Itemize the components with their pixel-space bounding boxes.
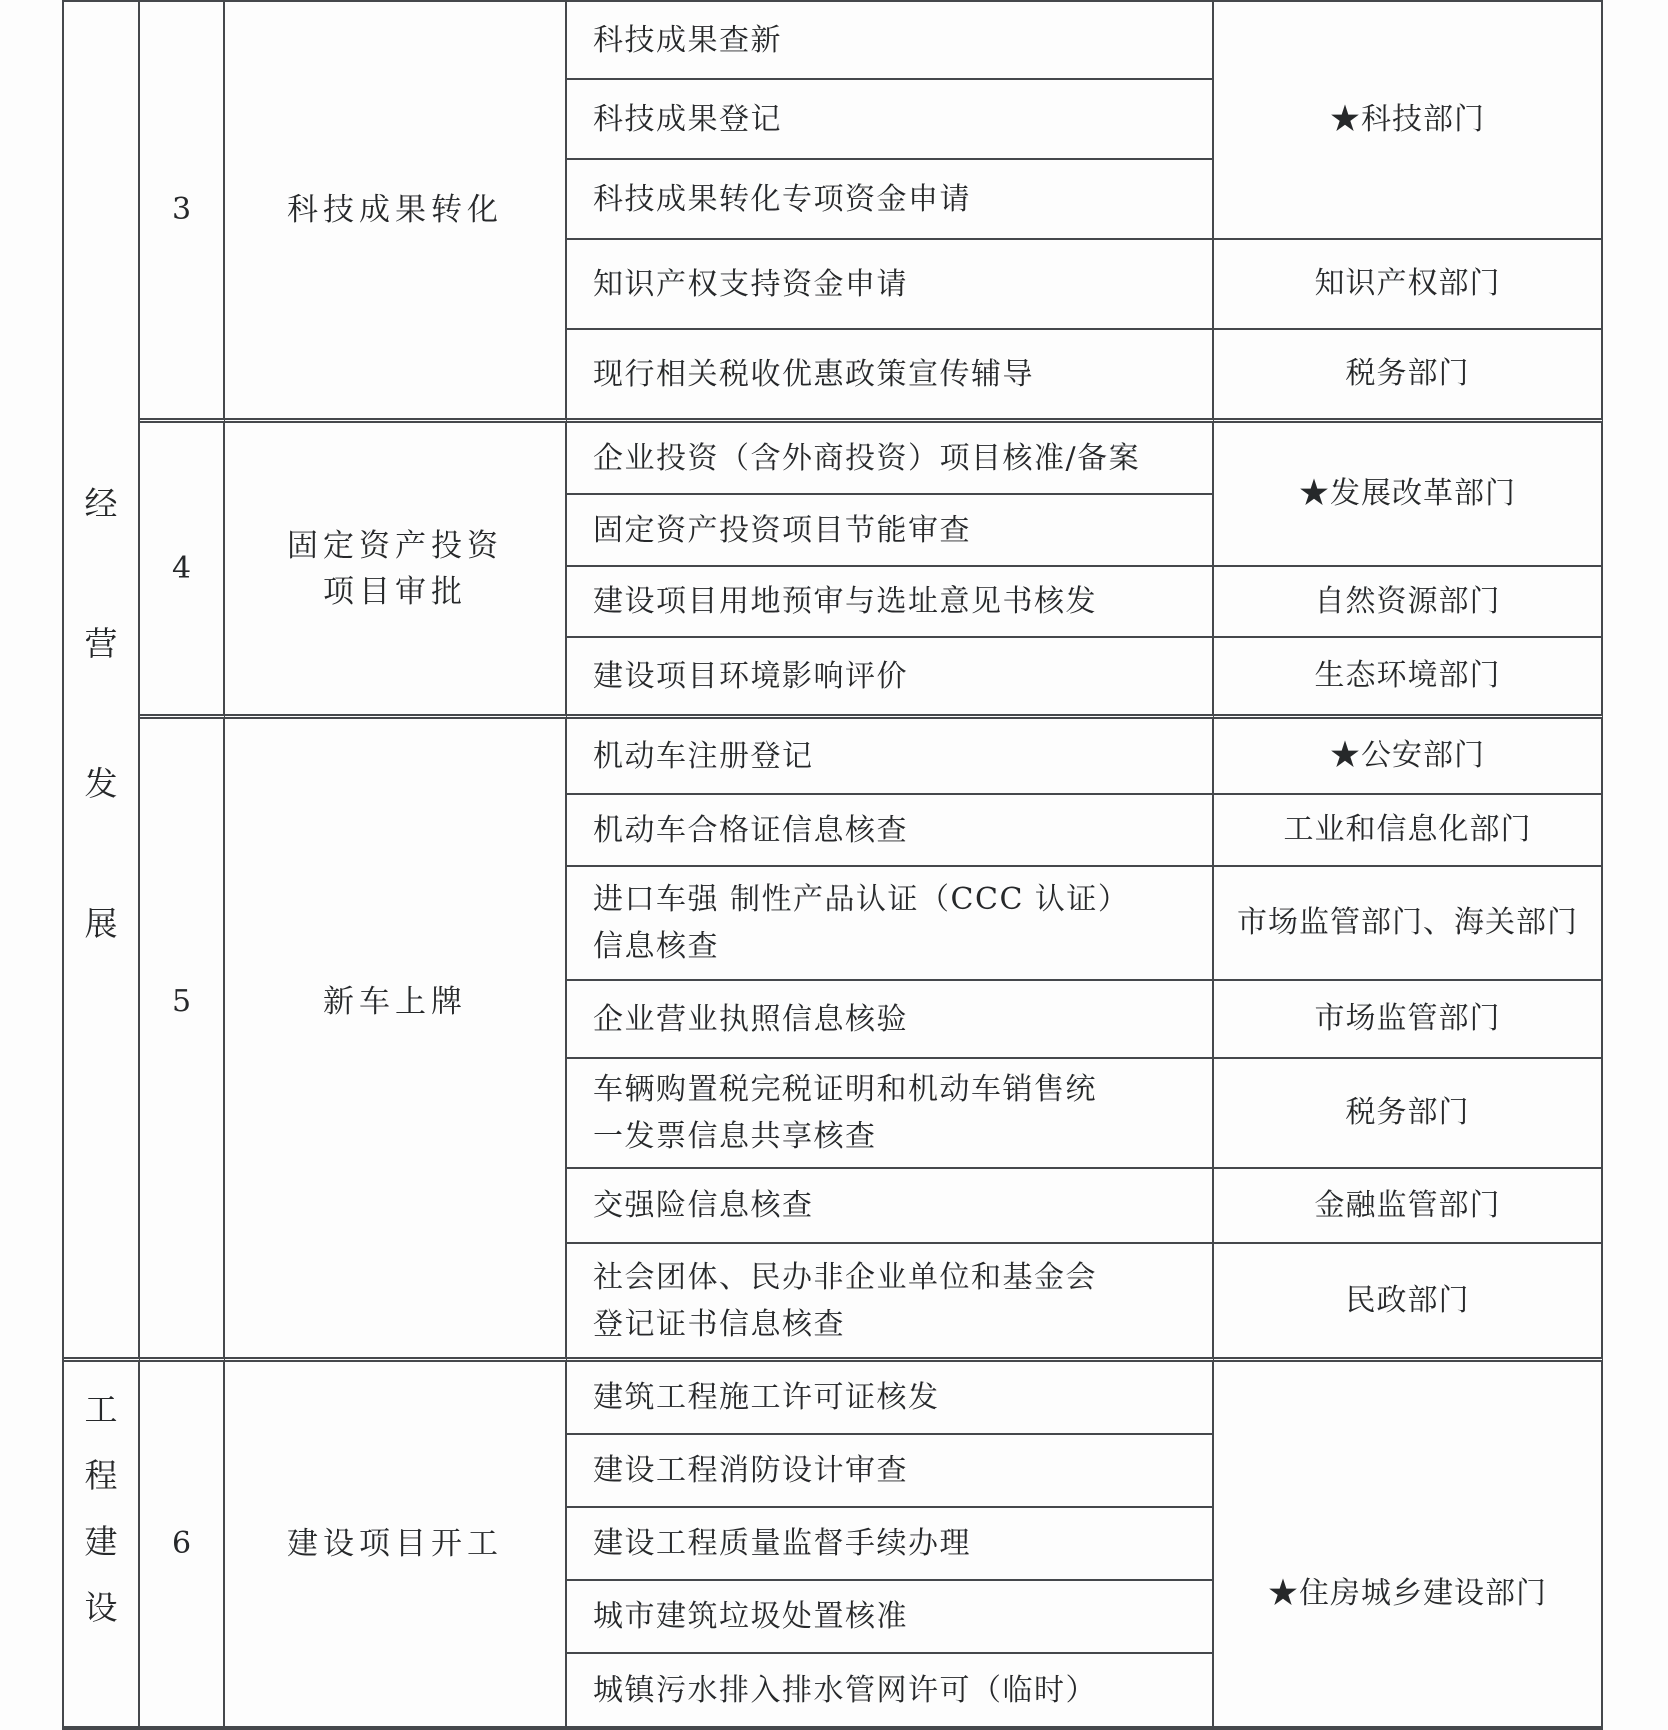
category-label-business-development: 经 营 发 展 — [85, 434, 118, 994]
item-no-cell: 6 — [140, 1362, 225, 1726]
sub-item-cell: 科技成果转化专项资金申请 — [567, 160, 1214, 240]
department-label: ★住房城乡建设部门 — [1268, 1572, 1547, 1616]
department-cell: 税务部门 — [1214, 330, 1603, 423]
department-cell: 金融监管部门 — [1214, 1169, 1603, 1244]
sub-item-cell: 建设工程消防设计审查 — [567, 1435, 1214, 1508]
sub-item-cell: 建设项目用地预审与选址意见书核发 — [567, 567, 1214, 638]
department-cell: 民政部门 — [1214, 1244, 1603, 1362]
sub-item-cell: 建设项目环境影响评价 — [567, 638, 1214, 719]
sub-item-cell: 城市建筑垃圾处置核准 — [567, 1581, 1214, 1654]
sub-item-cell: 科技成果查新 — [567, 2, 1214, 80]
department-cell-lead: ★住房城乡建设部门 — [1214, 1362, 1603, 1726]
sub-item-cell: 科技成果登记 — [567, 80, 1214, 160]
item-name-cell: 新车上牌 — [225, 719, 567, 1362]
sub-item-cell: 社会团体、民办非企业单位和基金会 登记证书信息核查 — [567, 1244, 1214, 1362]
sub-item-cell: 企业营业执照信息核验 — [567, 981, 1214, 1059]
approval-items-table: 经 营 发 展 工 程 建 设 3 科技成果转化 4 固定资产投资 项目审批 5… — [62, 0, 1603, 1730]
item-no-text: 5 — [172, 980, 191, 1024]
sub-item-cell: 进口车强 制性产品认证（CCC 认证） 信息核查 — [567, 867, 1214, 981]
sub-item-cell: 企业投资（含外商投资）项目核准/备案 — [567, 423, 1214, 495]
department-cell-lead: ★发展改革部门 — [1214, 423, 1603, 567]
department-cell: 工业和信息化部门 — [1214, 795, 1603, 867]
sub-item-cell: 交强险信息核查 — [567, 1169, 1214, 1244]
item-name-cell: 科技成果转化 — [225, 2, 567, 423]
sub-item-cell: 机动车注册登记 — [567, 719, 1214, 795]
category-cell-engineering-construction: 工 程 建 设 — [64, 1362, 140, 1726]
category-cell-business-development: 经 营 发 展 — [64, 2, 140, 1362]
sub-item-cell: 建筑工程施工许可证核发 — [567, 1362, 1214, 1435]
department-cell: 生态环境部门 — [1214, 638, 1603, 719]
sub-item-cell: 固定资产投资项目节能审查 — [567, 495, 1214, 567]
department-cell: 市场监管部门 — [1214, 981, 1603, 1059]
department-cell-lead: ★科技部门 — [1214, 2, 1603, 240]
department-cell: 税务部门 — [1214, 1059, 1603, 1169]
document-page: 经 营 发 展 工 程 建 设 3 科技成果转化 4 固定资产投资 项目审批 5… — [0, 0, 1668, 1730]
sub-item-cell: 机动车合格证信息核查 — [567, 795, 1214, 867]
sub-item-cell: 城镇污水排入排水管网许可（临时） — [567, 1654, 1214, 1726]
item-name-text: 新车上牌 — [323, 979, 467, 1025]
item-no-cell: 3 — [140, 2, 225, 423]
category-label-engineering-construction: 工 程 建 设 — [85, 1377, 118, 1641]
sub-item-cell: 知识产权支持资金申请 — [567, 240, 1214, 330]
item-no-cell: 5 — [140, 719, 225, 1362]
item-name-cell: 建设项目开工 — [225, 1362, 567, 1726]
department-cell: 市场监管部门、海关部门 — [1214, 867, 1603, 981]
item-no-cell: 4 — [140, 423, 225, 719]
department-cell: 自然资源部门 — [1214, 567, 1603, 638]
item-name-cell: 固定资产投资 项目审批 — [225, 423, 567, 719]
sub-item-cell: 现行相关税收优惠政策宣传辅导 — [567, 330, 1214, 423]
sub-item-cell: 车辆购置税完税证明和机动车销售统 一发票信息共享核查 — [567, 1059, 1214, 1169]
department-cell-lead: ★公安部门 — [1214, 719, 1603, 795]
department-cell: 知识产权部门 — [1214, 240, 1603, 330]
sub-item-cell: 建设工程质量监督手续办理 — [567, 1508, 1214, 1581]
